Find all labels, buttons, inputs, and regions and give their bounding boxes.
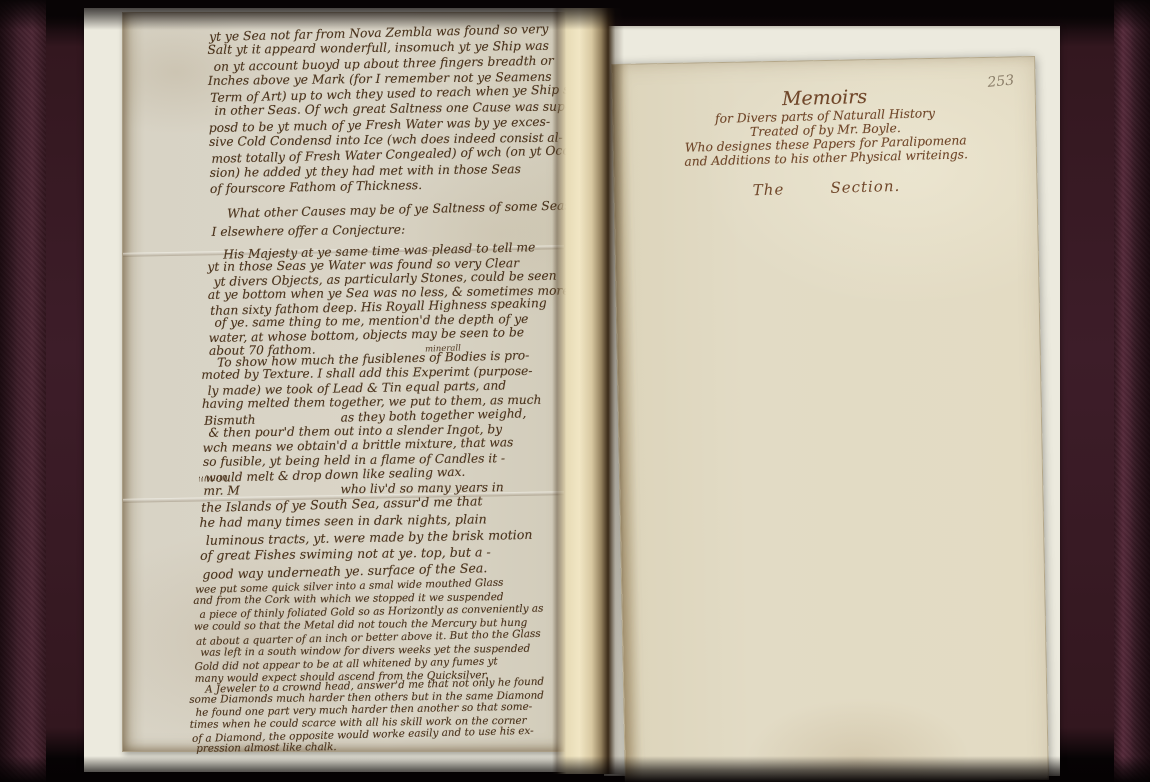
manuscript-text-block: the Islands of ye South Sea, assur'd me … [199,492,560,583]
manuscript-page-left: yt ye Sea not far from Nova Zembla was f… [122,12,565,752]
manuscript-page-right: 253 Memoirsfor Divers parts of Naturall … [611,56,1049,782]
title-block: Memoirsfor Divers parts of Naturall Hist… [628,82,1022,170]
manuscript-text-block: wee put some quick silver into a smal wi… [193,576,567,687]
manuscript-text-block: yt ye Sea not far from Nova Zembla was f… [207,23,562,198]
manuscript-text-block: His Majesty at ye same time was pleasd t… [207,240,565,359]
manuscript-text-block: To show how much the fusiblenes of Bodie… [201,348,564,499]
manuscript-text-block: What other Causes may be of ye Saltness … [211,197,564,243]
manuscript-text-block: A Jeweler to a crownd head, answer'd me … [189,676,562,756]
manuscript-line: I elsewhere offer a Conjecture: [211,218,563,242]
insertion-note: minerall [425,343,461,354]
section-heading: The Section. [630,173,1022,203]
book-scan: yt ye Sea not far from Nova Zembla was f… [0,0,1150,782]
